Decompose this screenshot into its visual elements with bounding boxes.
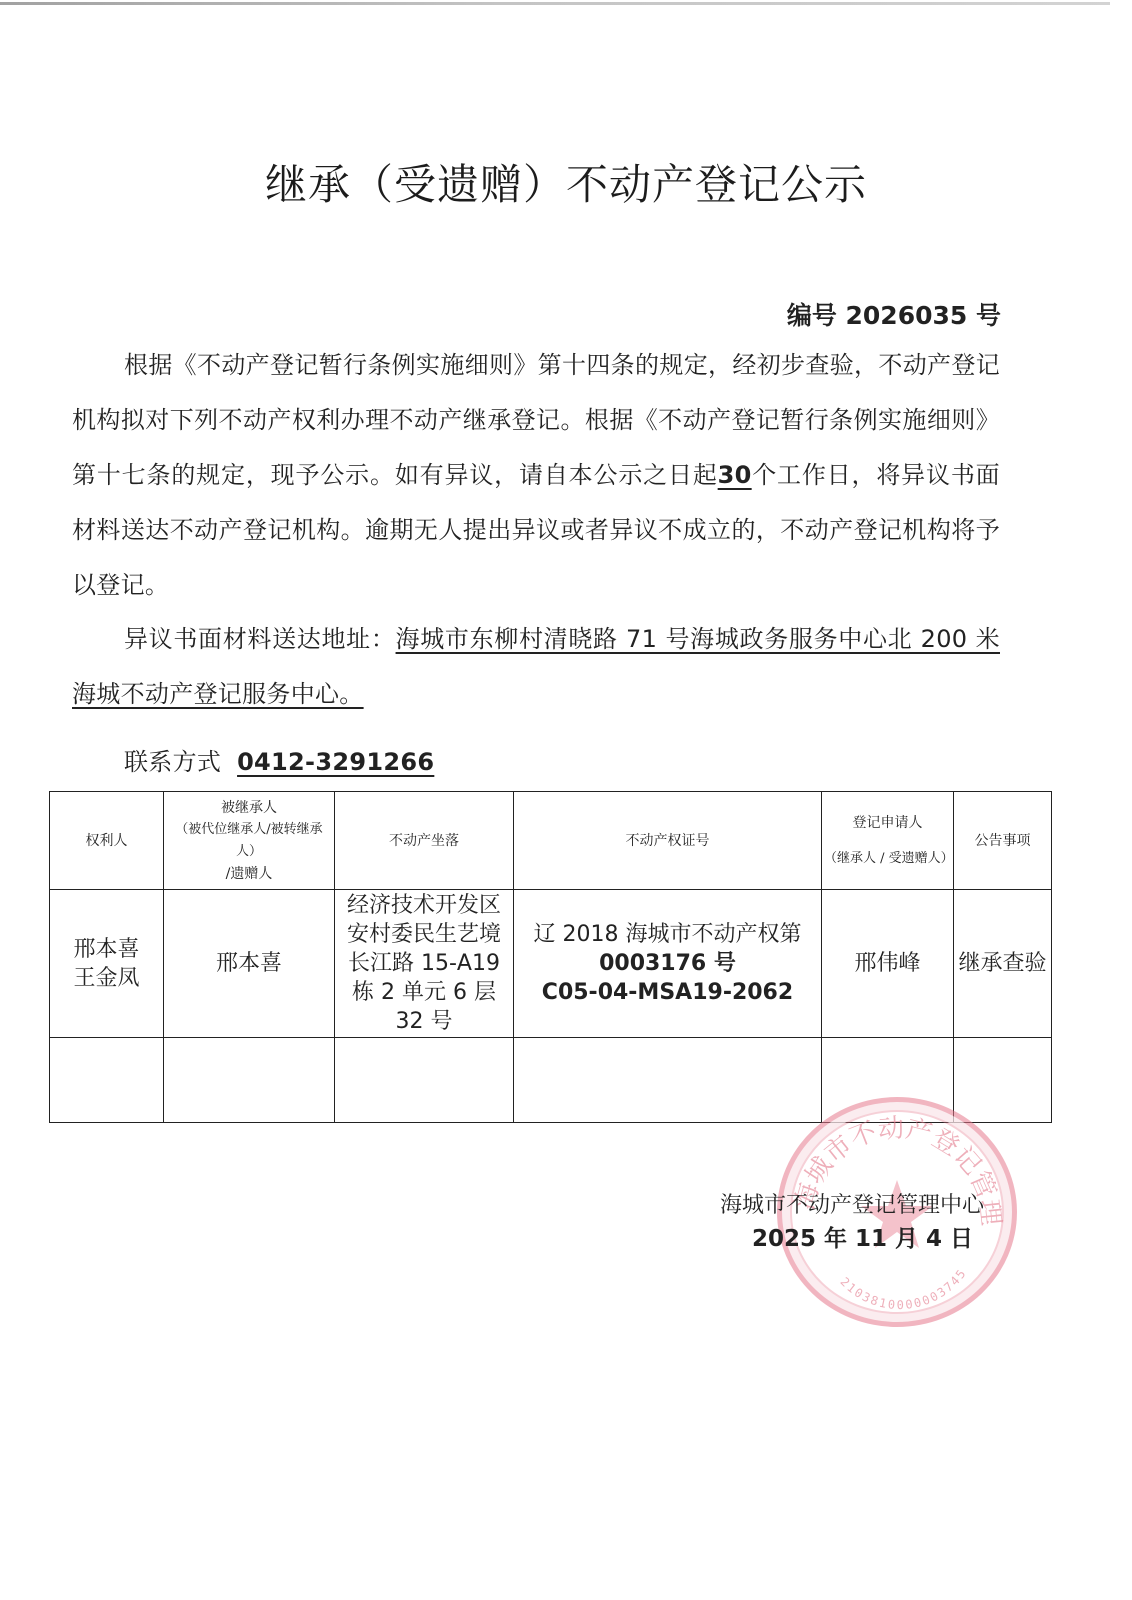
address-paragraph: 异议书面材料送达地址：海城市东柳村清晓路 71 号海城政务服务中心北 200 米…: [72, 612, 1000, 722]
address-label: 异议书面材料送达地址：: [124, 625, 396, 653]
cell-location: 经济技术开发区安村委民生艺境长江路 15-A19 栋 2 单元 6 层 32 号: [335, 890, 514, 1038]
header-certificate: 不动产权证号: [514, 792, 822, 890]
document-number: 编号 2026035 号: [787, 296, 1001, 332]
notice-paragraph: 根据《不动产登记暂行条例实施细则》第十四条的规定，经初步查验，不动产登记机构拟对…: [72, 338, 1000, 613]
header-right-holder: 权利人: [50, 792, 164, 890]
table-row: 邢本喜 王金凤 邢本喜 经济技术开发区安村委民生艺境长江路 15-A19 栋 2…: [50, 890, 1052, 1038]
table-header-row: 权利人 被继承人 （被代位继承人/被转继承人） /遗赠人 不动产坐落 不动产权证…: [50, 792, 1052, 890]
scan-edge-line: [0, 2, 1110, 5]
cell-right-holder: 邢本喜 王金凤: [50, 890, 164, 1038]
svg-text:2103810000003745: 2103810000003745: [838, 1266, 970, 1313]
cell-certificate: 辽 2018 海城市不动产权第 0003176 号 C05-04-MSA19-2…: [514, 890, 822, 1038]
cell-decedent: 邢本喜: [164, 890, 335, 1038]
header-decedent: 被继承人 （被代位继承人/被转继承人） /遗赠人: [164, 792, 335, 890]
cell-applicant: 邢伟峰: [822, 890, 954, 1038]
contact-label: 联系方式: [124, 748, 221, 776]
contact-line: 联系方式 0412-3291266: [124, 735, 1052, 790]
header-matter: 公告事项: [954, 792, 1052, 890]
registration-table: 权利人 被继承人 （被代位继承人/被转继承人） /遗赠人 不动产坐落 不动产权证…: [49, 791, 1052, 1123]
issuing-organization: 海城市不动产登记管理中心: [720, 1188, 984, 1219]
objection-days: 30: [718, 461, 752, 489]
cell-matter: 继承查验: [954, 890, 1052, 1038]
contact-phone: 0412-3291266: [237, 748, 434, 776]
header-applicant: 登记申请人 （继承人 / 受遗赠人）: [822, 792, 954, 890]
issue-date: 2025 年 11 月 4 日: [752, 1220, 973, 1253]
header-location: 不动产坐落: [335, 792, 514, 890]
page-title: 继承（受遗赠）不动产登记公示: [0, 152, 1132, 212]
